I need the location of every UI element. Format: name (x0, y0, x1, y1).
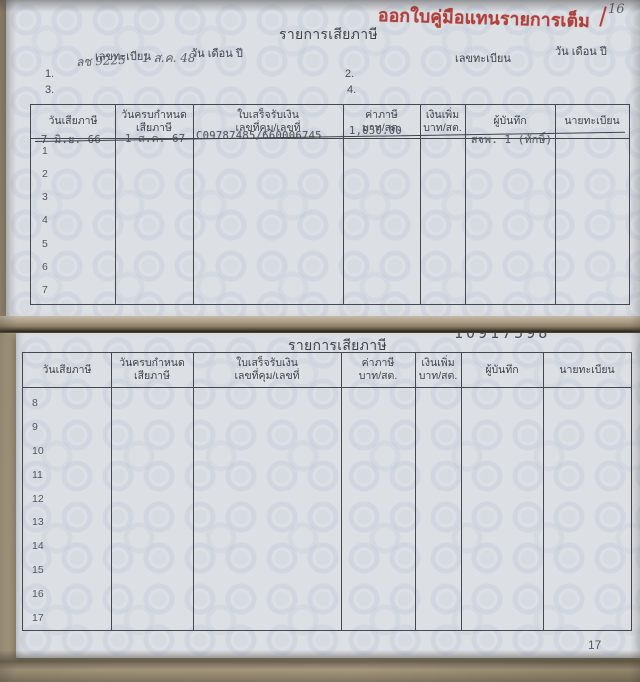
col-header-line: ใบเสร็จรับเงิน (237, 109, 299, 122)
row-numbers-1-7: 1 2 3 4 5 6 7 (42, 145, 48, 296)
page-fold-seam (0, 316, 640, 333)
col-header-due-date: วันครบกำหนด เสียภาษี (111, 353, 193, 387)
table-gridline (461, 353, 462, 630)
page-number: 17 (588, 638, 601, 652)
date-handwritten: 1 ส.ค. 48 (142, 49, 196, 68)
table-gridline (111, 353, 112, 630)
col-header-line: วันครบกำหนด (119, 357, 185, 370)
row-number: 3 (42, 191, 48, 203)
col-header-line: นายทะเบียน (564, 115, 619, 128)
table-gridline (193, 353, 194, 630)
col-header-line: ใบเสร็จรับเงิน (236, 357, 298, 370)
tax-record-page-bottom: 10917598 รายการเสียภาษี วันเสียภาษี วันค… (16, 333, 640, 658)
row-numbers-8-17: 8 9 10 11 12 13 14 15 16 17 (32, 397, 44, 624)
col-header-line: นายทะเบียน (559, 364, 614, 377)
row-number: 16 (32, 588, 44, 600)
blank-line-1: 1. (45, 68, 54, 80)
col-header-tax-date: วันเสียภาษี (23, 353, 111, 387)
blank-line-4: 4. (347, 84, 356, 96)
row-number: 13 (32, 516, 44, 528)
col-header-tax-amount: ค่าภาษี บาท/สต. (341, 353, 415, 387)
row-number: 5 (42, 238, 48, 250)
blank-line-3: 3. (45, 84, 54, 96)
row-number: 7 (42, 284, 48, 296)
tax-table-rows-1-7: วันเสียภาษี วันครบกำหนด เสียภาษี ใบเสร็จ… (30, 104, 630, 305)
row-number: 6 (42, 261, 48, 273)
table-gridline (543, 353, 544, 630)
header-separator (23, 387, 631, 388)
serial-number: 10917598 (454, 333, 550, 342)
table-gridline (341, 353, 342, 630)
col-header-line: ผู้บันทึก (493, 115, 526, 128)
tax-table-rows-8-17: วันเสียภาษี วันครบกำหนด เสียภาษี ใบเสร็จ… (22, 352, 632, 631)
blank-line-2: 2. (345, 68, 354, 80)
col-header-line: บาท/สต. (419, 370, 458, 383)
handwritten-corner-number: 16 (608, 2, 625, 17)
col-header-line: ค่าภาษี (365, 109, 398, 122)
row-number: 11 (32, 469, 44, 481)
row-number: 8 (32, 397, 44, 409)
col-header-line: บาท/สต. (359, 370, 398, 383)
row-number: 17 (32, 612, 44, 624)
row-number: 2 (42, 168, 48, 180)
col-header-line: วันครบกำหนด (121, 109, 187, 122)
registration-number-handwritten: ลช 9225 (76, 51, 127, 73)
date-label-right: วัน เดือน ปี (555, 42, 607, 60)
col-header-line: ค่าภาษี (362, 357, 395, 370)
row-number: 10 (32, 445, 44, 457)
col-header-line: เลขที่คุม/เลขที่ (234, 370, 299, 383)
col-header-line: วันเสียภาษี (49, 115, 98, 128)
page-title: รายการเสียภาษี (279, 24, 378, 46)
row-number: 9 (32, 421, 44, 433)
col-header-receipt: ใบเสร็จรับเงิน เลขที่คุม/เลขที่ (193, 353, 341, 387)
row-number: 15 (32, 564, 44, 576)
col-header-surcharge: เงินเพิ่ม บาท/สต. (420, 105, 465, 138)
col-header-surcharge: เงินเพิ่ม บาท/สต. (415, 353, 461, 387)
tax-book-photo: รายการเสียภาษี ออกใบคู่มือแทนรายการเต็ม … (0, 0, 640, 682)
col-header-line: เงินเพิ่ม (426, 109, 459, 122)
col-header-line: เงินเพิ่ม (421, 357, 454, 370)
date-label-left: วัน เดือน ปี (191, 44, 243, 62)
col-header-line: ผู้บันทึก (485, 364, 518, 377)
registration-number-label-right: เลขทะเบียน (455, 49, 511, 67)
col-header-registrar: นายทะเบียน (543, 353, 631, 387)
row-number: 12 (32, 493, 44, 505)
col-header-line: เสียภาษี (134, 370, 170, 383)
tax-record-page-top: รายการเสียภาษี ออกใบคู่มือแทนรายการเต็ม … (6, 0, 640, 316)
replacement-book-stamp: ออกใบคู่มือแทนรายการเต็ม (378, 1, 591, 35)
col-header-line: วันเสียภาษี (43, 364, 92, 377)
row-number: 4 (42, 214, 48, 226)
red-stamp-mark (599, 6, 607, 27)
table-gridline (415, 353, 416, 630)
row-number: 14 (32, 540, 44, 552)
col-header-line: บาท/สต. (423, 122, 462, 135)
col-header-recorder: ผู้บันทึก (461, 353, 543, 387)
